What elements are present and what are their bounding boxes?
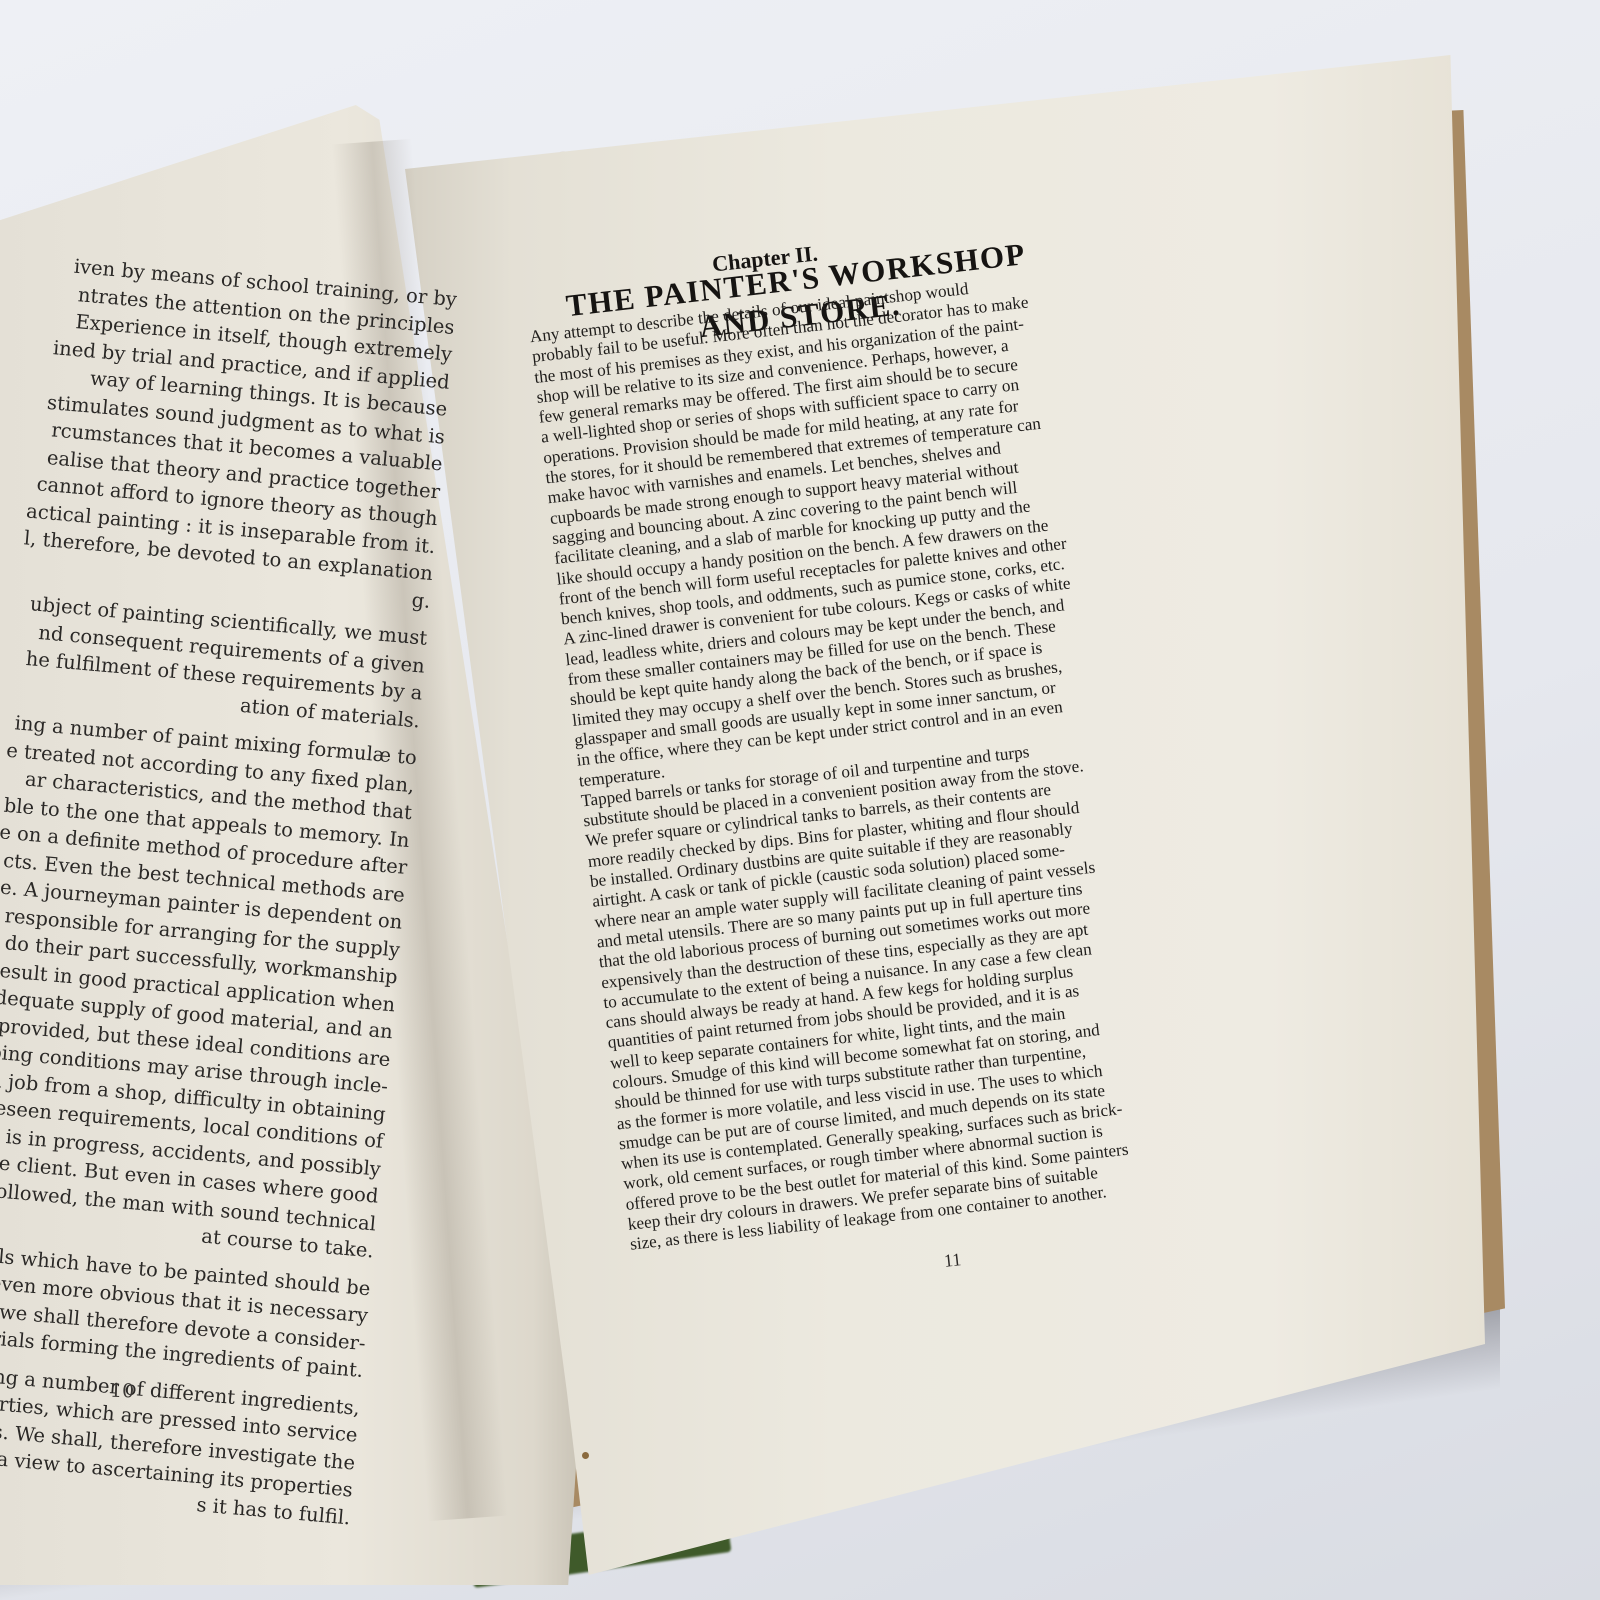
foxing-spot — [582, 1452, 589, 1459]
right-page-body: Any attempt to describe the details of o… — [505, 253, 1303, 1258]
right-page-text: Any attempt to describe the details of o… — [505, 253, 1303, 1258]
paragraph: iven by means of school training, or byn… — [0, 240, 458, 615]
paragraph: ing a number of paint mixing formulæ toe… — [0, 698, 418, 1265]
paragraph: Tapped barrels or tanks for storage of o… — [556, 717, 1303, 1258]
page-number-left: 10 — [110, 1380, 135, 1403]
page-number-right: 11 — [943, 1249, 962, 1272]
paragraph: Any attempt to describe the details of o… — [505, 253, 1252, 794]
photo-scene: iven by means of school training, or byn… — [0, 0, 1600, 1600]
